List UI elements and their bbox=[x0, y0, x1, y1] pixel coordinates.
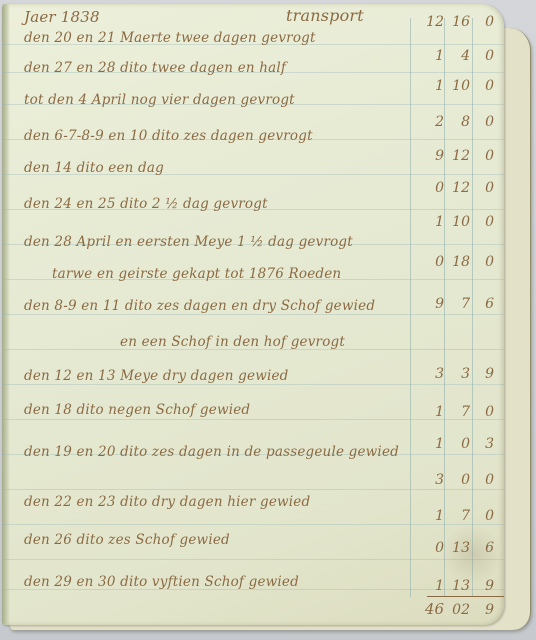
entry-col2: 0 bbox=[440, 436, 470, 452]
entry-col3: 0 bbox=[474, 214, 494, 230]
entry-col3: 0 bbox=[474, 148, 494, 164]
ruling-line bbox=[2, 524, 504, 525]
total-col3: 9 bbox=[474, 602, 494, 618]
entry-col2: 7 bbox=[440, 296, 470, 312]
entry-col2: 13 bbox=[440, 578, 470, 594]
entry-col3: 0 bbox=[474, 508, 494, 524]
entry-col3: 9 bbox=[474, 578, 494, 594]
entry-col3: 6 bbox=[474, 296, 494, 312]
entry-col2: 10 bbox=[440, 78, 470, 94]
entry-text: den 19 en 20 dito zes dagen in de passeg… bbox=[24, 444, 399, 460]
total-col2: 02 bbox=[440, 602, 470, 618]
entry-col3: 0 bbox=[474, 180, 494, 196]
entry-col3: 6 bbox=[474, 540, 494, 556]
entry-text: en een Schof in den hof gevrogt bbox=[120, 334, 345, 350]
entry-col2: 12 bbox=[440, 180, 470, 196]
column-divider bbox=[410, 18, 411, 597]
entry-col2: 13 bbox=[440, 540, 470, 556]
entry-text: den 22 en 23 dito dry dagen hier gewied bbox=[24, 494, 310, 510]
entry-col3: 3 bbox=[474, 436, 494, 452]
entry-col2: 10 bbox=[440, 214, 470, 230]
entry-text: den 14 dito een dag bbox=[24, 160, 164, 176]
entry-col2: 7 bbox=[440, 508, 470, 524]
entry-col3: 0 bbox=[474, 254, 494, 270]
carried-forward-col2: 16 bbox=[440, 14, 470, 30]
ledger-page: Jaer 1838 transport 12 16 0 den 20 en 21… bbox=[2, 4, 504, 625]
entry-text: den 8-9 en 11 dito zes dagen en dry Scho… bbox=[24, 298, 375, 314]
entry-col2: 0 bbox=[440, 472, 470, 488]
entry-col3: 0 bbox=[474, 78, 494, 94]
entry-text: den 24 en 25 dito 2 ½ dag gevrogt bbox=[24, 196, 268, 212]
entry-text: den 6-7-8-9 en 10 dito zes dagen gevrogt bbox=[24, 128, 313, 144]
year-heading: Jaer 1838 bbox=[24, 8, 100, 26]
entry-text: den 12 en 13 Meye dry dagen gewied bbox=[24, 368, 289, 384]
entry-text: den 20 en 21 Maerte twee dagen gevrogt bbox=[24, 30, 316, 46]
ruling-line bbox=[2, 489, 504, 490]
entry-col3: 0 bbox=[474, 48, 494, 64]
entry-text: den 28 April en eersten Meye 1 ½ dag gev… bbox=[24, 234, 353, 250]
entry-col3: 0 bbox=[474, 404, 494, 420]
entry-text: den 29 en 30 dito vyftien Schof gewied bbox=[24, 574, 299, 590]
entry-col2: 8 bbox=[440, 114, 470, 130]
column-divider bbox=[472, 18, 473, 597]
entry-col3: 0 bbox=[474, 114, 494, 130]
entry-col3: 0 bbox=[474, 472, 494, 488]
entry-text: den 26 dito zes Schof gewied bbox=[24, 532, 230, 548]
ruling-line bbox=[2, 314, 504, 315]
entry-col2: 3 bbox=[440, 366, 470, 382]
entry-col3: 9 bbox=[474, 366, 494, 382]
carried-forward-col3: 0 bbox=[474, 14, 494, 30]
entry-text: tot den 4 April nog vier dagen gevrogt bbox=[24, 92, 295, 108]
transport-label: transport bbox=[286, 6, 364, 25]
entry-text: tarwe en geirste gekapt tot 1876 Roeden bbox=[52, 266, 341, 282]
ruling-line bbox=[2, 559, 504, 560]
entry-col2: 4 bbox=[440, 48, 470, 64]
total-underline bbox=[427, 596, 504, 597]
ruling-line bbox=[2, 384, 504, 385]
entry-col2: 18 bbox=[440, 254, 470, 270]
entry-col2: 7 bbox=[440, 404, 470, 420]
entry-text: den 18 dito negen Schof gewied bbox=[24, 402, 250, 418]
entry-text: den 27 en 28 dito twee dagen en half bbox=[24, 60, 286, 76]
entry-col2: 12 bbox=[440, 148, 470, 164]
